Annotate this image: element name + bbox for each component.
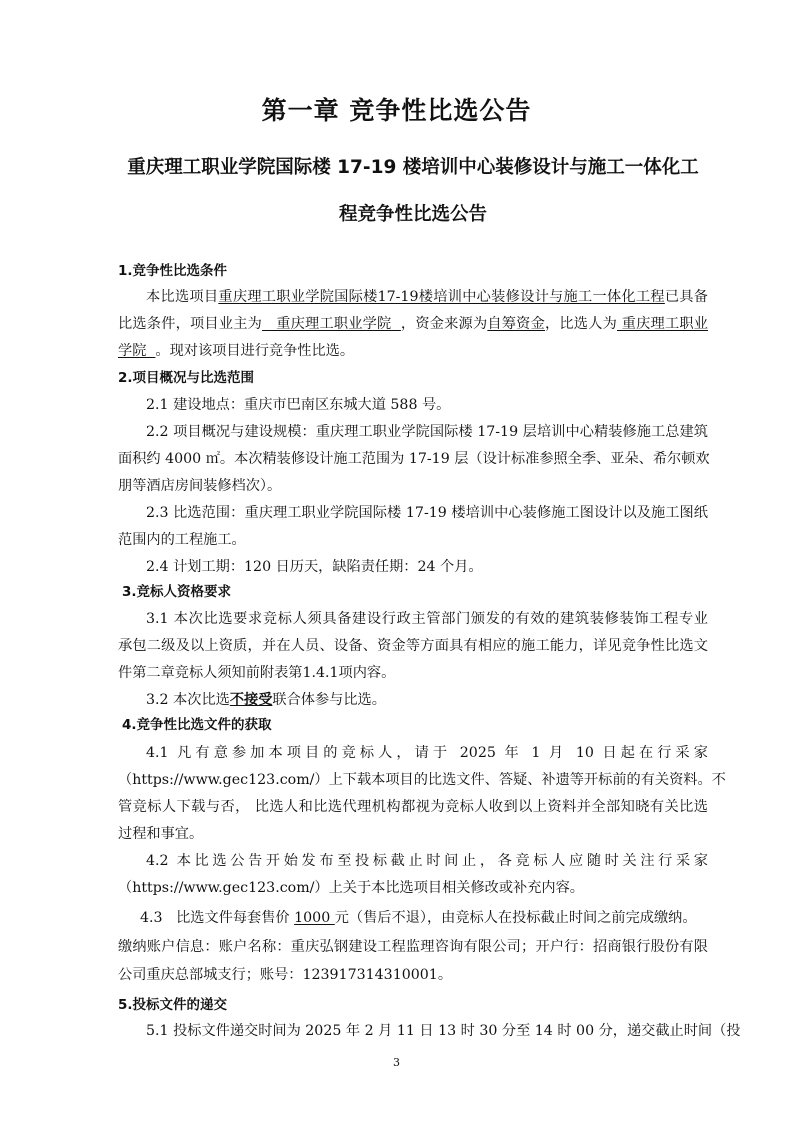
funding-source: 自筹资金 [487,316,545,332]
section-4-heading: 4.竞争性比选文件的获取 [122,716,712,734]
section-2-line-3: 面积约 4000 ㎡。本次精装修设计施工范围为 17-19 层（设计标准参照全季… [118,450,708,468]
section-2-heading: 2.项目概况与比选范围 [118,369,708,387]
section-4-line-3: 管竞标人下载与否， 比选人和比选代理机构都视为竞标人收到以上资料并全部知晓有关比… [118,798,708,816]
section-4-line-6: （https://www.gec123.com/）上关于本比选项目相关修改或补充… [118,879,708,897]
section-3-line-2: 承包二级及以上资质，并在人员、设备、资金等方面具有相应的施工能力，详见竞争性比选… [118,637,708,655]
section-2-line-6: 范围内的工程施工。 [118,531,708,549]
text: ，资金来源为 [401,316,487,332]
text: 3.2 本次比选 [146,692,230,708]
section-3-line-3: 件第二章竞标人须知前附表第1.4.1项内容。 [118,664,708,682]
section-5-line-1: 5.1 投标文件递交时间为 2025 年 2 月 11 日 13 时 30 分至… [118,1022,708,1040]
not-accepted-emphasis: 不接受 [230,692,273,708]
section-1-paragraph-line-3: 学院 。现对该项目进行竞争性比选。 [118,342,708,360]
section-4-line-1: 4.1 凡有意参加本项目的竞标人，请于 2025 年 1 月 10 日起在行采家 [118,744,708,762]
chapter-title: 第一章 竞争性比选公告 [0,91,793,127]
text: 元（售后不退），由竞标人在投标截止时间之前完成缴纳。 [335,910,697,926]
section-4-line-9: 公司重庆总部城支行；账号：123917314310001。 [118,966,708,984]
section-2-line-4: 朋等酒店房间装修档次）。 [118,477,708,495]
document-title-line-1: 重庆理工职业学院国际楼 17-19 楼培训中心装修设计与施工一体化工 [118,153,708,179]
section-2-line-7: 2.4 计划工期：120 日历天，缺陷责任期：24 个月。 [118,558,708,576]
section-1-paragraph-line-2: 比选条件，项目业主为 重庆理工职业学院 ，资金来源为自筹资金，比选人为 重庆理工… [118,315,708,333]
text: 。现对该项目进行竞争性比选。 [155,343,354,359]
page-number: 3 [0,1056,793,1069]
section-4-line-2: （https://www.gec123.com/）上下载本项目的比选文件、答疑、… [118,771,708,789]
section-1-heading: 1.竞争性比选条件 [118,262,708,280]
text: 联合体参与比选。 [272,692,386,708]
section-4-line-7: 4.3 比选文件每套售价 1000 元（售后不退），由竞标人在投标截止时间之前完… [118,909,708,927]
section-4-line-8: 缴纳账户信息：账户名称：重庆弘钢建设工程监理咨询有限公司；开户行：招商银行股份有… [118,938,708,956]
section-1-paragraph-line-1: 本比选项目重庆理工职业学院国际楼17-19楼培训中心装修设计与施工一体化工程已具… [118,288,708,306]
document-page: 第一章 竞争性比选公告 重庆理工职业学院国际楼 17-19 楼培训中心装修设计与… [0,0,793,1122]
section-2-line-2: 2.2 项目概况与建设规模：重庆理工职业学院国际楼 17-19 层培训中心精装修… [118,423,708,441]
text: ，比选人为 [545,316,617,332]
project-name: 重庆理工职业学院国际楼17-19楼培训中心装修设计与施工一体化工程 [218,289,664,305]
section-4-line-4: 过程和事宜。 [118,825,708,843]
section-4-line-5: 4.2 本比选公告开始发布至投标截止时间止，各竞标人应随时关注行采家 [118,852,708,870]
section-2-line-5: 2.3 比选范围：重庆理工职业学院国际楼 17-19 楼培训中心装修施工图设计以… [118,504,708,522]
text: 4.3 比选文件每套售价 [140,910,294,926]
text: 本比选项目 [146,289,218,305]
section-2-line-1: 2.1 建设地点：重庆市巴南区东城大道 588 号。 [118,396,708,414]
section-5-heading: 5.投标文件的递交 [118,996,708,1014]
selector-name: 重庆理工职业 [617,316,708,332]
document-price: 1000 [294,910,335,926]
document-title-line-2: 程竞争性比选公告 [118,200,708,226]
text: 比选条件，项目业主为 [118,316,262,332]
selector-name-cont: 学院 [118,343,155,359]
section-3-heading: 3.竞标人资格要求 [122,583,712,601]
section-3-line-4: 3.2 本次比选不接受联合体参与比选。 [118,691,708,709]
project-owner: 重庆理工职业学院 [262,316,401,332]
section-3-line-1: 3.1 本次比选要求竞标人须具备建设行政主管部门颁发的有效的建筑装修装饰工程专业 [118,610,708,628]
text: 已具备 [665,289,708,305]
